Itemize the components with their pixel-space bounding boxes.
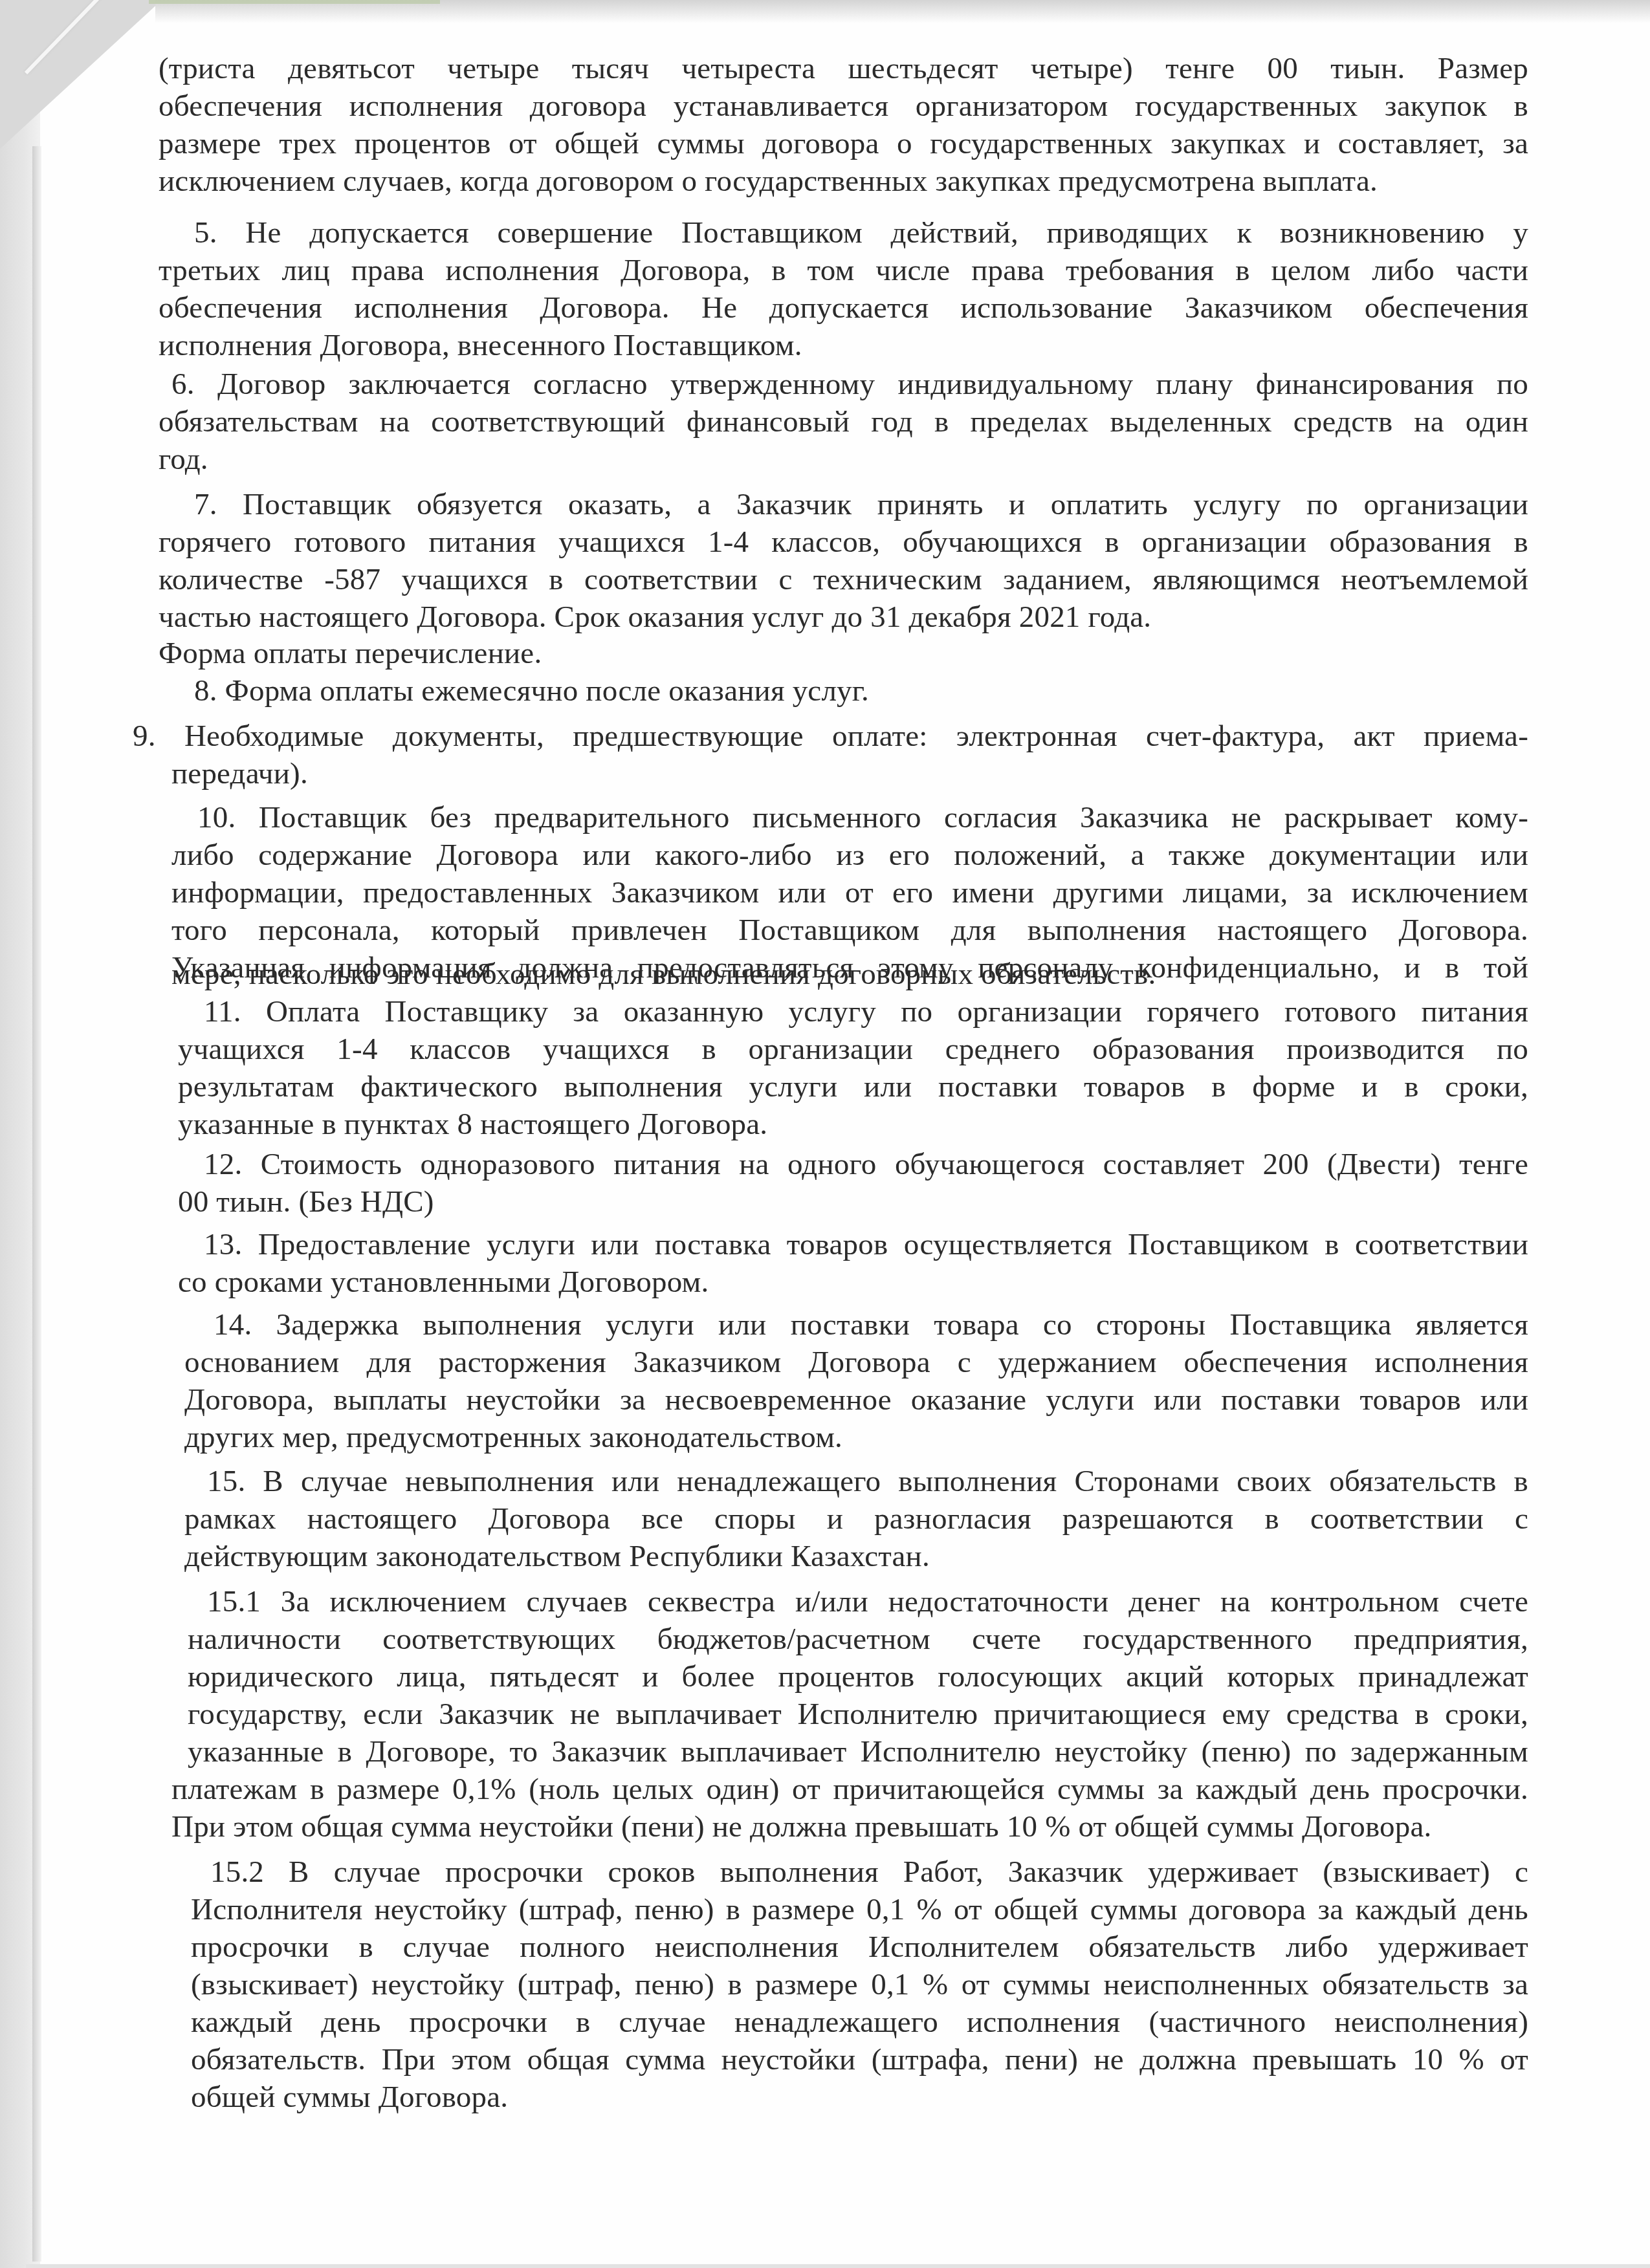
text-line: 5. Не допускается совершение Поставщиком…: [194, 215, 1528, 251]
text-line: Форма оплаты перечисление.: [159, 635, 542, 671]
text-line: других мер, предусмотренных законодатель…: [184, 1419, 842, 1456]
text-line: размере трех процентов от общей суммы до…: [159, 125, 1528, 162]
folded-corner: [0, 0, 162, 149]
text-line: основанием для расторжения Заказчиком До…: [184, 1344, 1528, 1380]
text-line: результатам фактического выполнения услу…: [178, 1069, 1528, 1105]
text-line: обязательств. При этом общая сумма неуст…: [191, 2042, 1528, 2078]
text-line: информации, предоставленных Заказчиком и…: [171, 875, 1528, 911]
text-line: третьих лиц права исполнения Договора, в…: [159, 252, 1528, 289]
text-line: 00 тиын. (Без НДС): [178, 1184, 434, 1220]
text-line: действующим законодательством Республики…: [184, 1538, 930, 1575]
text-line: указанные в Договоре, то Заказчик выплач…: [188, 1734, 1528, 1770]
text-line: юридического лица, пятьдесят и более про…: [188, 1659, 1528, 1695]
text-line: горячего готового питания учащихся 1-4 к…: [159, 524, 1528, 560]
scan-top-tint: [149, 0, 440, 4]
text-line: 14. Задержка выполнения услуги или поста…: [214, 1307, 1528, 1343]
text-line: частью настоящего Договора. Срок оказани…: [159, 599, 1151, 635]
text-line: (взыскивает) неустойку (штраф, пеню) в р…: [191, 1967, 1528, 2003]
text-line: либо содержание Договора или какого-либо…: [171, 837, 1528, 873]
text-line: мере, насколько это необходимо для выпол…: [171, 956, 1156, 992]
text-line: обеспечения исполнения договора устанавл…: [159, 88, 1528, 124]
text-line: обеспечения исполнения Договора. Не допу…: [159, 290, 1528, 326]
text-line: 8. Форма оплаты ежемесячно после оказани…: [194, 673, 869, 709]
text-line: учащихся 1-4 классов учащихся в организа…: [178, 1031, 1528, 1067]
text-line: со сроками установленными Договором.: [178, 1264, 709, 1300]
text-line: общей суммы Договора.: [191, 2079, 508, 2115]
text-line: того персонала, который привлечен Постав…: [171, 912, 1528, 948]
text-line: 10. Поставщик без предварительного письм…: [197, 800, 1528, 836]
scan-left-edge-shadow: [32, 146, 41, 2262]
text-line: просрочки в случае полного неисполнения …: [191, 1929, 1528, 1965]
text-line: 7. Поставщик обязуется оказать, а Заказч…: [194, 486, 1528, 523]
text-line: указанные в пунктах 8 настоящего Договор…: [178, 1106, 767, 1142]
text-line: 12. Стоимость одноразового питания на од…: [204, 1146, 1528, 1183]
text-line: 15.2 В случае просрочки сроков выполнени…: [210, 1854, 1528, 1890]
text-line: наличности соответствующих бюджетов/расч…: [188, 1621, 1528, 1657]
text-line: Договора, выплаты неустойки за несвоевре…: [184, 1382, 1528, 1418]
text-line: рамках настоящего Договора все споры и р…: [184, 1501, 1528, 1537]
text-line: каждый день просрочки в случае ненадлежа…: [191, 2004, 1528, 2040]
text-line: передачи).: [171, 756, 308, 792]
text-line: (триста девятьсот четыре тысяч четыреста…: [159, 50, 1528, 87]
text-line: обязательствам на соответствующий финанс…: [159, 404, 1528, 440]
text-line: государству, если Заказчик не выплачивае…: [188, 1696, 1528, 1732]
text-line: 11. Оплата Поставщику за оказанную услуг…: [204, 994, 1528, 1030]
text-line: количестве -587 учащихся в соответствии …: [159, 562, 1528, 598]
text-line: платежам в размере 0,1% (ноль целых один…: [171, 1771, 1528, 1807]
text-line: исполнения Договора, внесенного Поставщи…: [159, 327, 802, 364]
text-line: год.: [159, 441, 208, 477]
text-line: 15. В случае невыполнения или ненадлежащ…: [207, 1463, 1528, 1499]
text-line: исключением случаев, когда договором о г…: [159, 163, 1378, 199]
text-line: 6. Договор заключается согласно утвержде…: [171, 366, 1528, 402]
scanned-page: (триста девятьсот четыре тысяч четыреста…: [0, 0, 1650, 2268]
text-line: 13. Предоставление услуги или поставка т…: [204, 1227, 1528, 1263]
text-line: При этом общая сумма неустойки (пени) не…: [171, 1809, 1431, 1845]
text-line: 9. Необходимые документы, предшествующие…: [133, 718, 1528, 754]
text-line: 15.1 За исключением случаев секвестра и/…: [207, 1584, 1528, 1620]
text-line: Исполнителя неустойку (штраф, пеню) в ра…: [191, 1892, 1528, 1928]
scan-bottom-edge: [26, 2264, 1650, 2268]
